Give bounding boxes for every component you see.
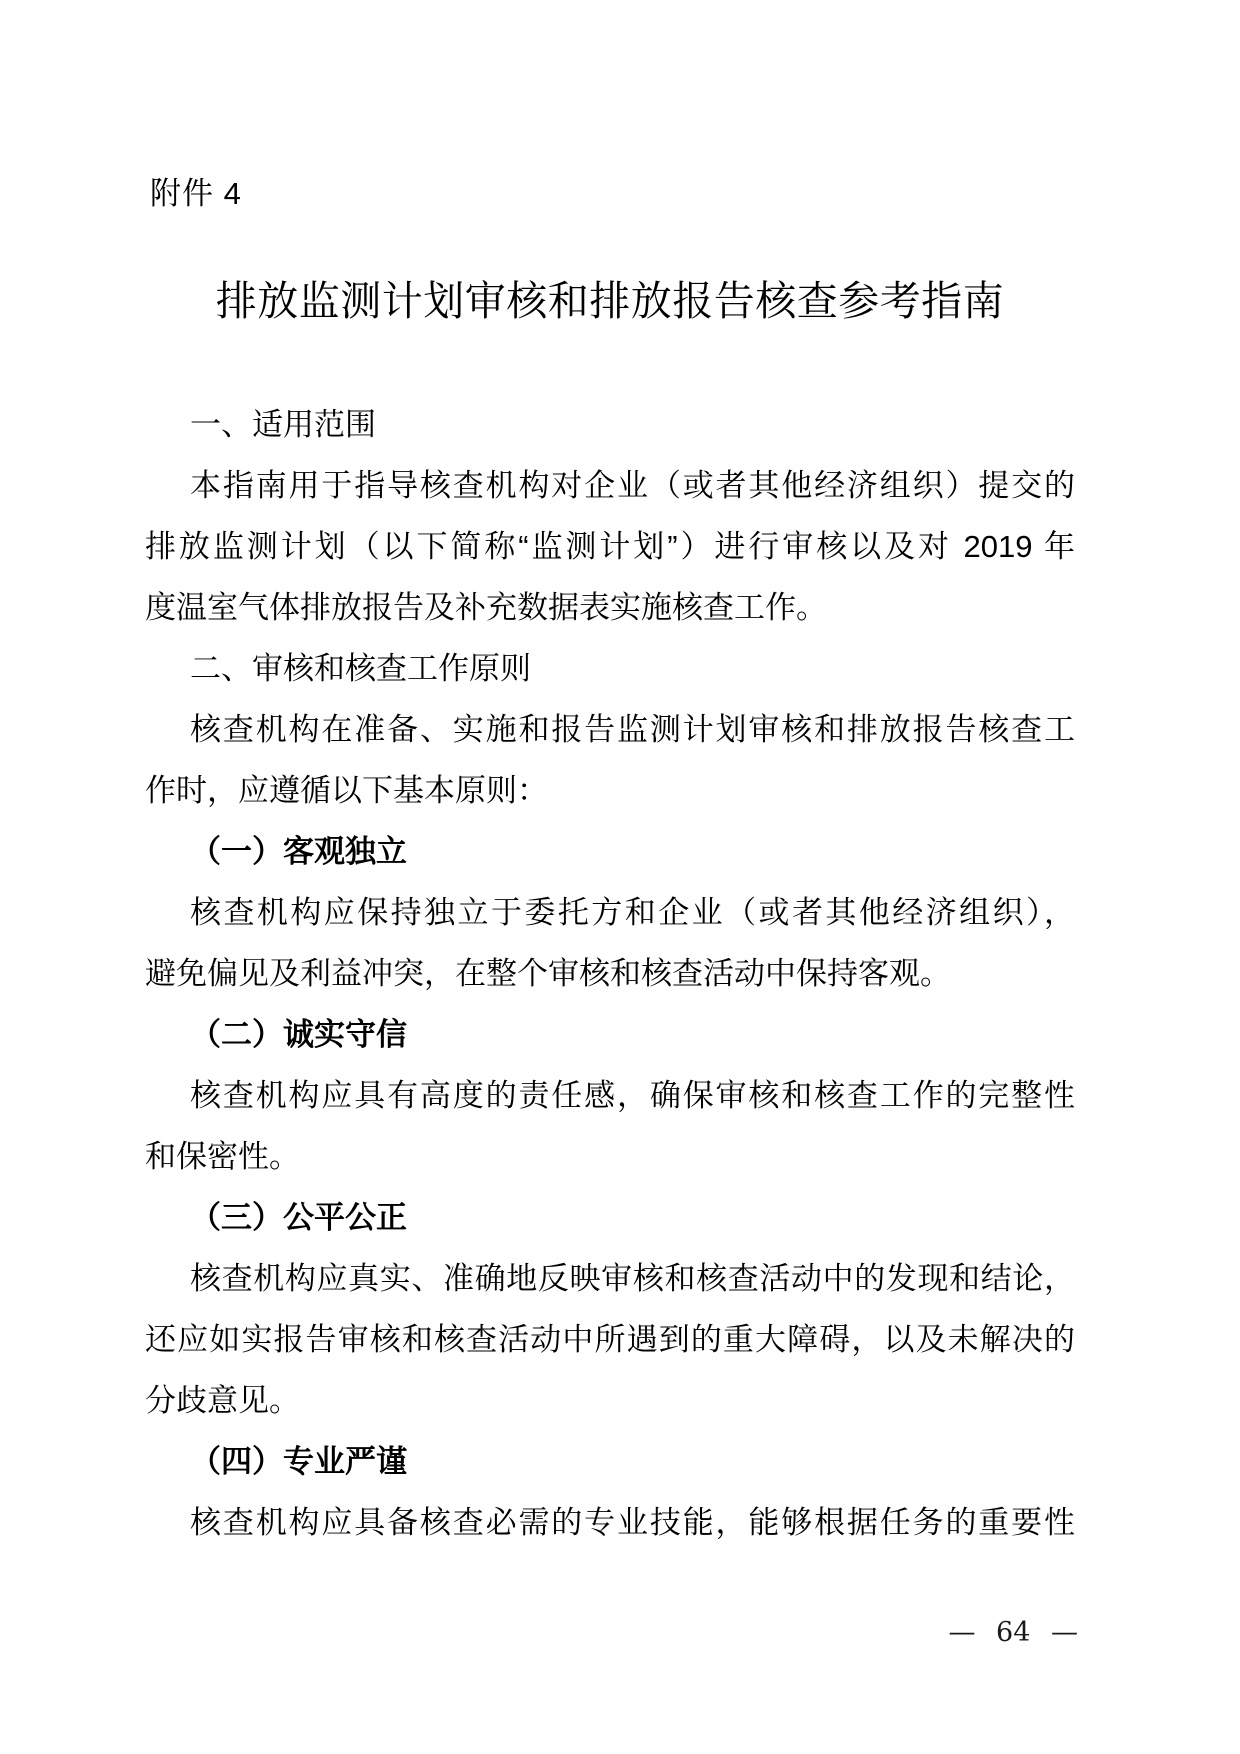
section-2-intro-line: 作时，应遵循以下基本原则： [145,760,1075,821]
subsection-1-paragraph-line: 避免偏见及利益冲突，在整个审核和核查活动中保持客观。 [145,943,1075,1004]
subsection-3-paragraph-line: 分歧意见。 [145,1370,1075,1431]
page-number: — 64 — [145,1616,1078,1650]
document-title: 排放监测计划审核和排放报告核查参考指南 [145,272,1075,330]
subsection-3-heading: （三）公平公正 [145,1187,1075,1248]
subsection-4-paragraph-line: 核查机构应具备核查必需的专业技能，能够根据任务的重要性 [145,1492,1075,1553]
subsection-2-paragraph-line: 和保密性。 [145,1126,1075,1187]
section-2-intro-line: 核查机构在准备、实施和报告监测计划审核和排放报告核查工 [145,699,1075,760]
document-page: 附件 4 排放监测计划审核和排放报告核查参考指南 一、适用范围 本指南用于指导核… [0,0,1240,1754]
section-1-paragraph-line: 本指南用于指导核查机构对企业（或者其他经济组织）提交的 [145,455,1075,516]
attachment-label: 附件 4 [150,172,242,216]
subsection-2-heading: （二）诚实守信 [145,1004,1075,1065]
subsection-3-paragraph-line: 还应如实报告审核和核查活动中所遇到的重大障碍，以及未解决的 [145,1309,1075,1370]
subsection-4-heading: （四）专业严谨 [145,1431,1075,1492]
section-1-heading: 一、适用范围 [145,394,1075,455]
subsection-3-paragraph-line: 核查机构应真实、准确地反映审核和核查活动中的发现和结论， [145,1248,1075,1309]
subsection-2-paragraph-line: 核查机构应具有高度的责任感，确保审核和核查工作的完整性 [145,1065,1075,1126]
section-1-paragraph-line: 度温室气体排放报告及补充数据表实施核查工作。 [145,577,1075,638]
document-body: 一、适用范围 本指南用于指导核查机构对企业（或者其他经济组织）提交的 排放监测计… [145,394,1075,1553]
subsection-1-paragraph-line: 核查机构应保持独立于委托方和企业（或者其他经济组织）， [145,882,1075,943]
section-2-heading: 二、审核和核查工作原则 [145,638,1075,699]
section-1-paragraph-line: 排放监测计划（以下简称“监测计划”）进行审核以及对 2019 年 [145,516,1075,577]
subsection-1-heading: （一）客观独立 [145,821,1075,882]
